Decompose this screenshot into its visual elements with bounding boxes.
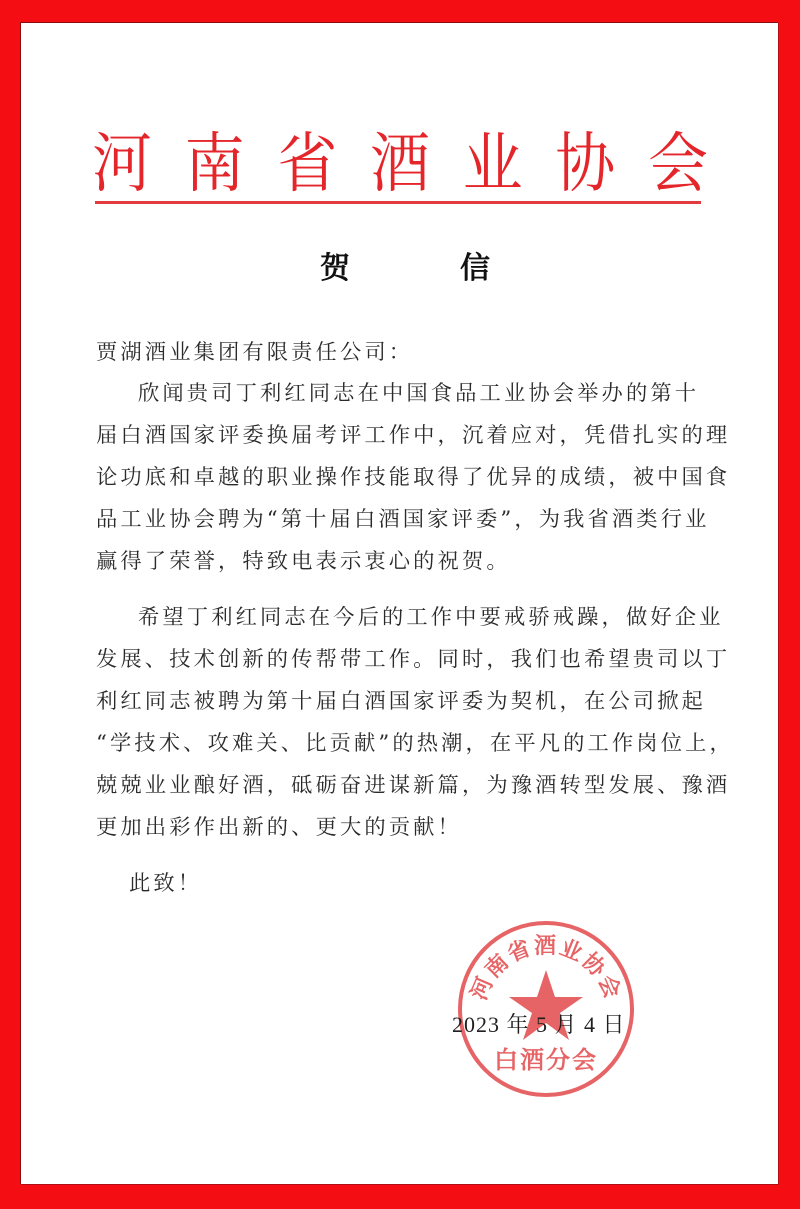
paragraph-2-line: 希望丁利红同志在今后的工作中要戒骄戒躁，做好企业	[138, 605, 750, 631]
paragraph-1-line: 赢得了荣誉，特致电表示衷心的祝贺。	[96, 549, 708, 575]
paragraph-2-line: 利红同志被聘为第十届白酒国家评委为契机，在公司掀起	[96, 689, 708, 715]
letterhead-char: 会	[648, 125, 708, 203]
paragraph-2-line: 兢兢业业酿好酒，砥砺奋进谋新篇，为豫酒转型发展、豫酒	[96, 773, 708, 799]
paragraph-1-line: 品工业协会聘为“第十届白酒国家评委”，为我省酒类行业	[96, 507, 708, 533]
seal-bottom-text: 白酒分会	[494, 1046, 598, 1074]
letterhead-char: 业	[463, 125, 523, 203]
document-title-char: 贺	[320, 243, 350, 287]
paragraph-2-line: 更加出彩作出新的、更大的贡献！	[96, 815, 708, 841]
document-title-char: 信	[460, 243, 490, 287]
paragraph-2-line: 发展、技术创新的传帮带工作。同时，我们也希望贵司以丁	[96, 647, 708, 673]
letter-date: 2023 年 5 月 4 日	[452, 1008, 626, 1039]
letterhead-divider	[95, 201, 701, 204]
paragraph-1-line: 届白酒国家评委换届考评工作中，沉着应对，凭借扎实的理	[96, 423, 708, 449]
letterhead-char: 酒	[370, 125, 430, 203]
recipient-line: 贾湖酒业集团有限责任公司：	[96, 340, 708, 366]
letterhead-char: 协	[555, 125, 615, 203]
paragraph-1-line: 欣闻贵司丁利红同志在中国食品工业协会举办的第十	[138, 381, 750, 407]
letterhead-title: 河 南 省 酒 业 协 会	[92, 128, 708, 200]
paragraph-2-line: “学技术、攻难关、比贡献”的热潮，在平凡的工作岗位上，	[96, 731, 708, 757]
letterhead-char: 河	[92, 125, 152, 203]
closing-salutation: 此致！	[129, 871, 741, 897]
paragraph-1-line: 论功底和卓越的职业操作技能取得了优异的成绩，被中国食	[96, 465, 708, 491]
document-title: 贺 信	[320, 242, 490, 288]
letterhead-char: 省	[277, 125, 337, 203]
letterhead-char: 南	[185, 125, 245, 203]
